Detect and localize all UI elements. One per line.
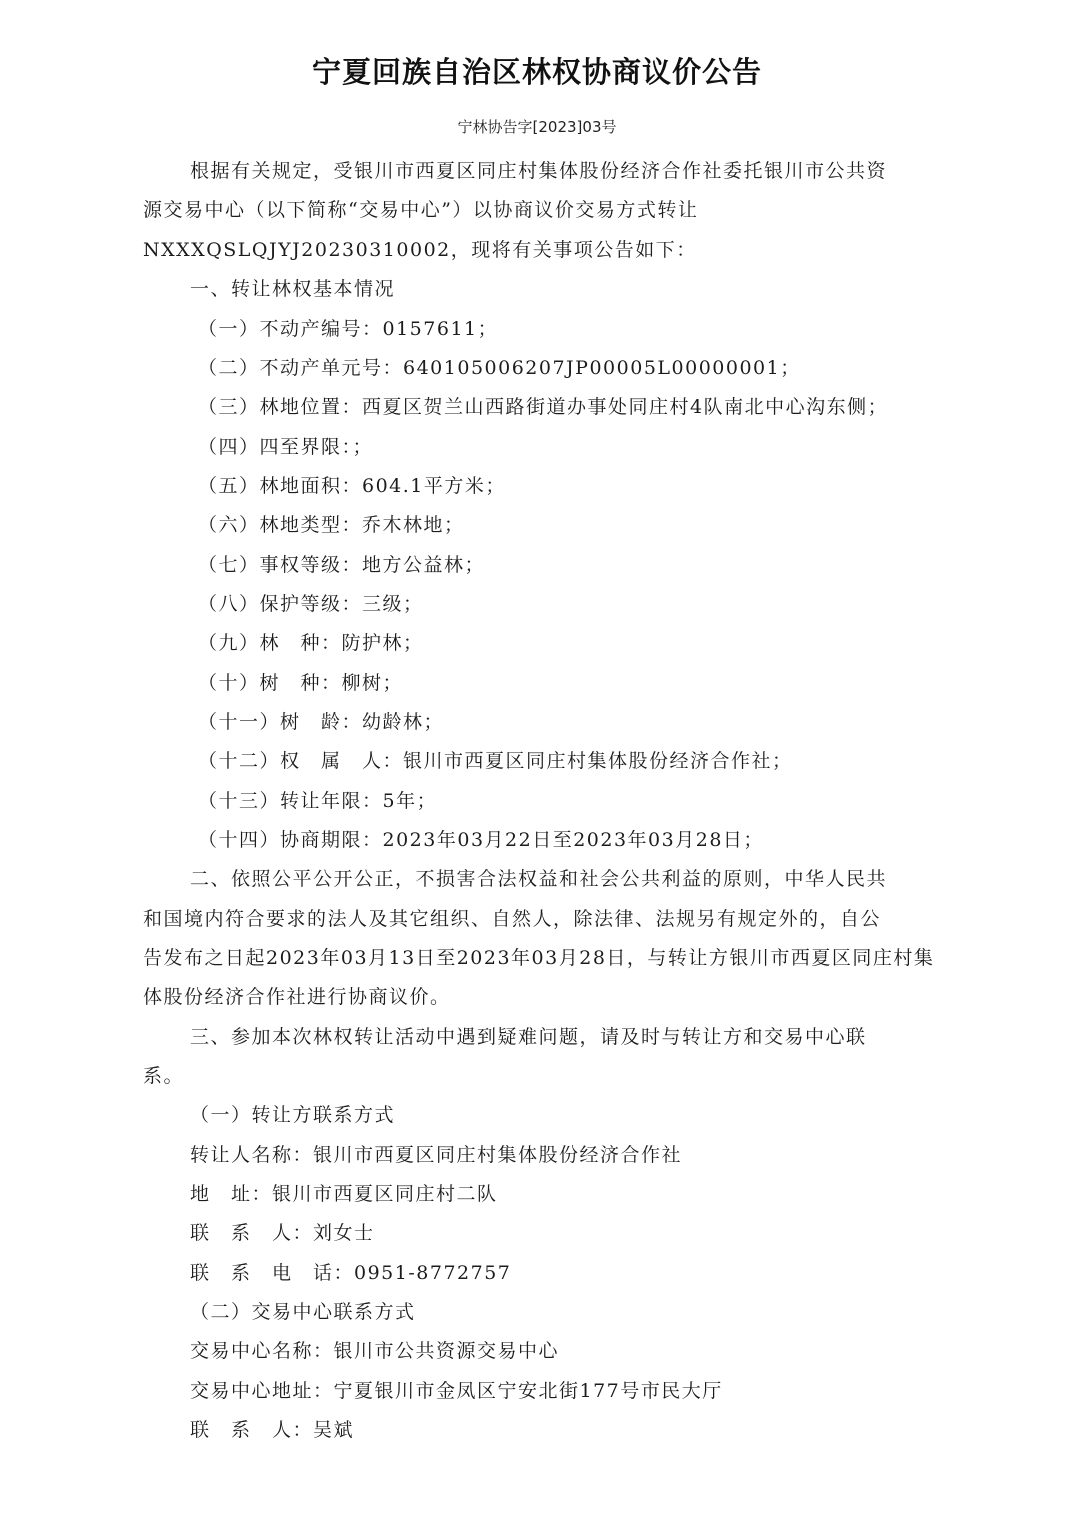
info-item: （十三）转让年限：5年； xyxy=(198,788,437,814)
section2-line-3: 告发布之日起2023年03月13日至2023年03月28日，与转让方银川市西夏区… xyxy=(143,945,934,971)
info-item: （三）林地位置：西夏区贺兰山西路街道办事处同庄村4队南北中心沟东侧； xyxy=(198,394,888,420)
info-item: （十二）权 属 人：银川市西夏区同庄村集体股份经济合作社； xyxy=(198,748,793,774)
section3-line-2: 系。 xyxy=(143,1063,184,1089)
intro-line-1: 根据有关规定，受银川市西夏区同庄村集体股份经济合作社委托银川市公共资 xyxy=(190,158,887,184)
transferor-contact-person: 联 系 人：刘女士 xyxy=(190,1220,375,1246)
intro-line-2: 源交易中心（以下简称“交易中心”）以协商议价交易方式转让 xyxy=(143,197,698,223)
info-item: （二）不动产单元号：640105006207JP00005L00000001； xyxy=(198,355,801,381)
center-contact-heading: （二）交易中心联系方式 xyxy=(190,1299,416,1325)
info-item: （六）林地类型：乔木林地； xyxy=(198,512,465,538)
info-item: （四）四至界限：； xyxy=(198,434,373,460)
info-item: （七）事权等级：地方公益林； xyxy=(198,552,485,578)
transferor-phone: 联 系 电 话：0951-8772757 xyxy=(190,1260,511,1286)
intro-line-3: NXXXQSLQJYJ20230310002，现将有关事项公告如下： xyxy=(143,237,697,263)
info-item: （八）保护等级：三级； xyxy=(198,591,424,617)
section2-line-2: 和国境内符合要求的法人及其它组织、自然人，除法律、法规另有规定外的，自公 xyxy=(143,906,881,932)
section2-line-4: 体股份经济合作社进行协商议价。 xyxy=(143,984,451,1010)
info-item: （十）树 种：柳树； xyxy=(198,670,403,696)
document-number: 宁林协告字[2023]03号 xyxy=(0,116,1074,137)
section1-heading: 一、转让林权基本情况 xyxy=(190,276,395,302)
section2-line-1: 二、依照公平公开公正，不损害合法权益和社会公共利益的原则，中华人民共 xyxy=(190,866,887,892)
document-title: 宁夏回族自治区林权协商议价公告 xyxy=(0,50,1074,91)
info-item: （九）林 种：防护林； xyxy=(198,630,424,656)
info-item: （十一）树 龄：幼龄林； xyxy=(198,709,444,735)
transferor-address: 地 址：银川市西夏区同庄村二队 xyxy=(190,1181,498,1207)
info-item: （十四）协商期限：2023年03月22日至2023年03月28日； xyxy=(198,827,764,853)
transferor-name: 转让人名称：银川市西夏区同庄村集体股份经济合作社 xyxy=(190,1142,682,1168)
section3-line-1: 三、参加本次林权转让活动中遇到疑难问题，请及时与转让方和交易中心联 xyxy=(190,1024,867,1050)
transferor-contact-heading: （一）转让方联系方式 xyxy=(190,1102,395,1128)
info-item: （一）不动产编号：0157611； xyxy=(198,316,498,342)
info-item: （五）林地面积：604.1平方米； xyxy=(198,473,506,499)
center-address: 交易中心地址：宁夏银川市金凤区宁安北街177号市民大厅 xyxy=(190,1378,723,1404)
center-contact-person: 联 系 人：吴斌 xyxy=(190,1417,354,1443)
center-name: 交易中心名称：银川市公共资源交易中心 xyxy=(190,1338,559,1364)
